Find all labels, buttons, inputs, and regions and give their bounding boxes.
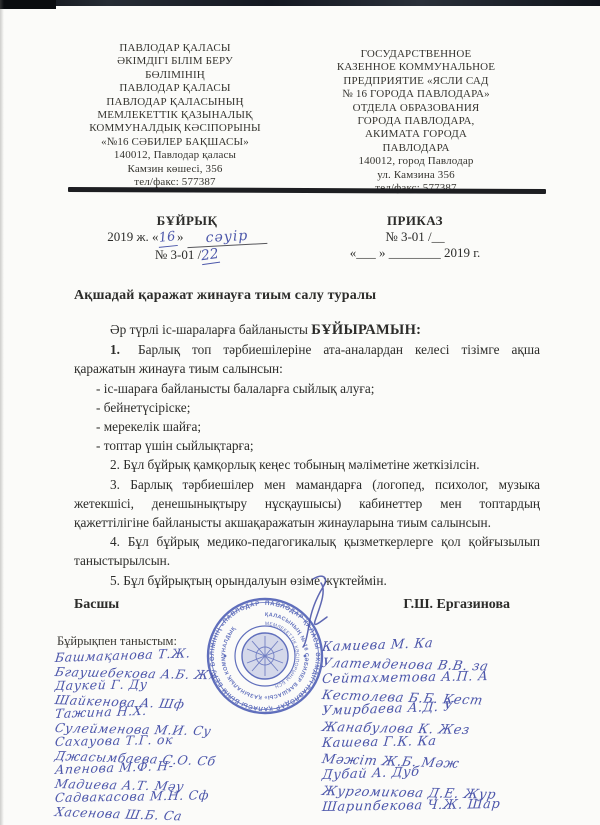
org-line: БӨЛІМІНІҢ [72, 69, 278, 82]
org-line: ОТДЕЛА ОБРАЗОВАНИЯ [314, 102, 518, 115]
org-line: ПАВЛОДАРА [314, 142, 518, 155]
org-line: ӘКІМДІГІ БІЛІМ БЕРУ [72, 55, 278, 68]
number-prefix: № 3-01 / [155, 247, 201, 262]
paragraph-1: 1.Барлық топ тәрбиешілеріне ата-аналарда… [74, 340, 540, 378]
handwritten-signature: Садвакасова М.Н. Сф [54, 787, 310, 805]
org-address-line: 140012, Павлодар қаласы [72, 149, 278, 162]
paragraph-2: 2. Бұл бұйрық қамқорлық кеңес тобының мә… [74, 455, 540, 474]
bullet-item: - іс-шараға байланысты балаларға сыйлық … [74, 379, 540, 398]
letterhead-russian: ГОСУДАРСТВЕННОЕ КАЗЕННОЕ КОММУНАЛЬНОЕ ПР… [314, 48, 518, 195]
signoff-name: Г.Ш. Ергазинова [403, 597, 510, 613]
handwritten-number: 22 [200, 246, 220, 265]
order-title-ru: ПРИКАЗ [345, 213, 485, 229]
paragraph-3: 3. Барлық тәрбиешілер мен мамандарға (ло… [74, 475, 540, 533]
handwritten-day: 16 [158, 229, 178, 248]
signoff-role: Басшы [74, 597, 119, 613]
intro-text: Әр түрлі іс-шараларға байланысты [110, 322, 311, 337]
org-address-line: 140012, город Павлодар [314, 155, 518, 168]
handwritten-signature: Сейтахметова А.П. А [321, 667, 582, 688]
intro-paragraph: Әр түрлі іс-шараларға байланысты БҰЙЫРАМ… [74, 320, 540, 340]
org-line: № 16 ГОРОДА ПАВЛОДАРА» [314, 88, 518, 101]
signature-column-left: Башмақанова Т.Ж. Бгаушебекова А.Б. Жх Да… [55, 651, 310, 819]
org-line: ПАВЛОДАР ҚАЛАСЫ [72, 42, 278, 55]
org-address-line: Камзин көшесі, 356 [72, 163, 278, 176]
org-line: КОММУНАЛДЫҚ КӘСІПОРЫНЫ [72, 122, 278, 135]
bullet-item: - топтар үшін сыйлықтарға; [74, 436, 540, 455]
org-line: ГОСУДАРСТВЕННОЕ [314, 48, 518, 61]
letterhead-kazakh: ПАВЛОДАР ҚАЛАСЫ ӘКІМДІГІ БІЛІМ БЕРУ БӨЛІ… [72, 42, 278, 189]
org-line: ПАВЛОДАР ҚАЛАСЫНЫҢ [72, 96, 278, 109]
org-line: ПРЕДПРИЯТИЕ «ЯСЛИ САД [314, 75, 518, 88]
handwritten-signature: Кашева Г.К. Ка [321, 731, 582, 752]
scanned-order-document: ПАВЛОДАР ҚАЛАСЫ ӘКІМДІГІ БІЛІМ БЕРУ БӨЛІ… [0, 0, 600, 825]
handwritten-signature: Даукей Г. Ду [54, 675, 310, 693]
paragraph-1-text: Барлық топ тәрбиешілеріне ата-аналардан … [74, 342, 540, 376]
scan-edge-artifact [0, 0, 600, 6]
handwritten-signature: Сахауова Т.Г. ок [54, 731, 310, 749]
org-line: МЕМЛЕКЕТТІК ҚАЗЫНАЛЫҚ [72, 109, 278, 122]
org-line: «№16 СӘБИЛЕР БАҚШАСЫ» [72, 136, 278, 149]
order-number-kk: № 3-01 /22 [92, 247, 282, 264]
order-block-kazakh: БҰЙРЫҚ 2019 ж. «16» сәуір № 3-01 /22 [92, 213, 282, 264]
paragraph-1-number: 1. [110, 342, 138, 357]
order-body: Әр түрлі іс-шараларға байланысты БҰЙЫРАМ… [74, 320, 540, 590]
date-prefix: 2019 ж. « [107, 229, 158, 244]
order-block-russian: ПРИКАЗ № 3-01 /__ «___ » ________ 2019 г… [345, 213, 485, 261]
order-date-kk: 2019 ж. «16» сәуір [92, 229, 282, 247]
paragraph-4: 4. Бұл бұйрық медико-педагогикалық қызме… [74, 532, 540, 570]
scan-left-shadow [0, 0, 4, 825]
org-line: АКИМАТА ГОРОДА [314, 128, 518, 141]
director-signature [293, 571, 348, 649]
org-address-line: ул. Камзина 356 [314, 169, 518, 182]
bullet-item: - бейнетүсіріске; [74, 398, 540, 417]
date-close: » [177, 229, 184, 244]
resolve-word: БҰЙЫРАМЫН: [311, 322, 421, 338]
handwritten-signature: Хасенова Ш.Б. Са [54, 805, 312, 825]
handwritten-month: сәуір [186, 227, 267, 248]
letterhead-divider-line [68, 187, 546, 194]
org-line: ГОРОДА ПАВЛОДАРА, [314, 115, 518, 128]
scan-corner-artifact [0, 0, 56, 9]
bullet-item: - мерекелік шайға; [74, 417, 540, 436]
handwritten-signature: Шарипбекова Ч.Ж. Шар [321, 795, 582, 816]
org-line: ПАВЛОДАР ҚАЛАСЫ [72, 82, 278, 95]
order-number-ru: № 3-01 /__ [345, 229, 485, 245]
org-line: КАЗЕННОЕ КОММУНАЛЬНОЕ [314, 61, 518, 74]
order-date-ru: «___ » ________ 2019 г. [345, 245, 485, 261]
handwritten-signature: Камиева М. Ка [321, 631, 583, 656]
order-subject-title: Ақшадай қаражат жинауға тиым салу туралы [74, 288, 376, 304]
signature-column-right: Камиева М. Ка Улатемденова В.В. за Сейта… [322, 640, 582, 816]
